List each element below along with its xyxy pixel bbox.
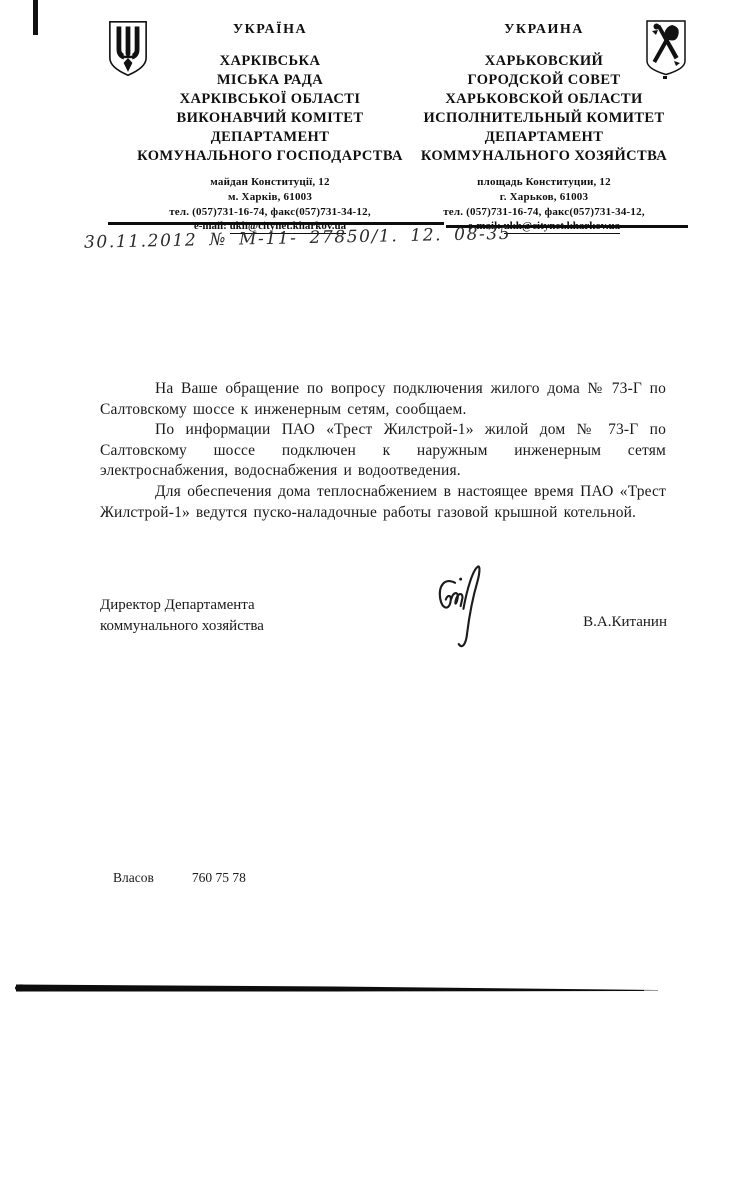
body-paragraph: На Ваше обращение по вопросу подключения…: [100, 379, 666, 420]
address-line: г. Харьков, 61003: [408, 190, 680, 205]
executor-line: Власов760 75 78: [113, 870, 246, 886]
org-line: КОММУНАЛЬНОГО ХОЗЯЙСТВА: [408, 147, 680, 166]
signatory-title-line: Директор Департамента: [100, 595, 264, 616]
letterhead-russian: УКРАИНА ХАРЬКОВСКИЙ ГОРОДСКОЙ СОВЕТ ХАРЬ…: [408, 22, 680, 234]
org-line: МІСЬКА РАДА: [95, 71, 445, 90]
org-line: ДЕПАРТАМЕНТ: [408, 128, 680, 147]
letter-body: На Ваше обращение по вопросу подключения…: [100, 379, 666, 523]
scan-artifact-dash: [33, 0, 38, 35]
country-title-ru: УКРАИНА: [408, 22, 680, 38]
executor-phone: 760 75 78: [192, 870, 246, 885]
org-line: ИСПОЛНИТЕЛЬНЫЙ КОМИТЕТ: [408, 109, 680, 128]
address-line: майдан Конституції, 12: [95, 175, 445, 190]
handwritten-signature: [430, 563, 482, 668]
country-title-uk: УКРАЇНА: [95, 22, 445, 38]
scanned-letter-page: УКРАЇНА ХАРКІВСЬКА МІСЬКА РАДА ХАРКІВСЬК…: [0, 0, 729, 1200]
letterhead-rule-left: [108, 222, 444, 225]
org-line: ХАРКІВСЬКОЇ ОБЛАСТІ: [95, 90, 445, 109]
signatory-name: В.А.Китанин: [555, 614, 667, 631]
org-line: ГОРОДСКОЙ СОВЕТ: [408, 71, 680, 90]
org-line: ВИКОНАВЧИЙ КОМІТЕТ: [95, 109, 445, 128]
address-line: тел. (057)731-16-74, факс(057)731-34-12,: [408, 205, 680, 220]
org-line: ДЕПАРТАМЕНТ: [95, 128, 445, 147]
address-line: тел. (057)731-16-74, факс(057)731-34-12,: [95, 205, 445, 220]
body-paragraph: Для обеспечения дома теплоснабжением в н…: [100, 482, 666, 523]
org-line: ХАРЬКОВСКОЙ ОБЛАСТИ: [408, 90, 680, 109]
signatory-title-line: коммунального хозяйства: [100, 616, 264, 637]
address-line: площадь Конституции, 12: [408, 175, 680, 190]
org-line: ХАРЬКОВСКИЙ: [408, 52, 680, 71]
org-line: КОМУНАЛЬНОГО ГОСПОДАРСТВА: [95, 147, 445, 166]
address-line: м. Харків, 61003: [95, 190, 445, 205]
scan-artifact-streak: [14, 981, 659, 1000]
signatory-title: Директор Департамента коммунального хозя…: [100, 595, 264, 637]
executor-name: Власов: [113, 870, 154, 885]
org-line: ХАРКІВСЬКА: [95, 52, 445, 71]
body-paragraph: По информации ПАО «Трест Жилстрой-1» жил…: [100, 420, 666, 482]
letterhead-ukrainian: УКРАЇНА ХАРКІВСЬКА МІСЬКА РАДА ХАРКІВСЬК…: [95, 22, 445, 234]
